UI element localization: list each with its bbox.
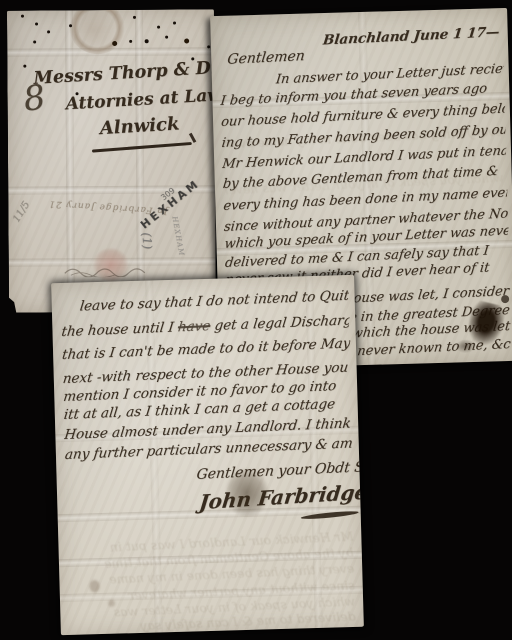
- letter-body-line: that is I can't be made to do it before …: [61, 335, 351, 363]
- struck-word: have: [177, 318, 211, 335]
- pencil-squiggle: [63, 263, 155, 278]
- address-leaf: 8 Messrs Thorp & Dickson Attornies at La…: [7, 9, 216, 312]
- address-line-title: Attornies at Law: [65, 85, 216, 114]
- letter-body-line-strike: the house until I have get a legal Disch…: [61, 312, 351, 340]
- signature: John Farbridge: [198, 480, 364, 515]
- ink-dash: [301, 510, 359, 521]
- address-line-town: Alnwick: [99, 113, 180, 139]
- edge-note: 11/5: [11, 200, 32, 225]
- pencil-mark: (1): [139, 232, 155, 250]
- strike-pre: the house until I: [61, 319, 179, 340]
- flourish-tick: [189, 133, 196, 143]
- photo-background: 8 Messrs Thorp & Dickson Attornies at La…: [0, 0, 512, 640]
- side-note: HEXHAM: [171, 216, 186, 257]
- faded-round-postmark: [66, 9, 128, 57]
- underline-flourish: [92, 142, 192, 153]
- ink-speck: [21, 15, 24, 18]
- strike-post: get a legal Discharge: [209, 312, 350, 334]
- crease: [7, 47, 214, 56]
- address-line-name: Messrs Thorp & Dickson: [33, 55, 216, 89]
- letter-page-2: leave to say that I do not intend to Qui…: [51, 275, 364, 635]
- letter-closing: Gentlemen your Obdt Svt: [196, 459, 364, 483]
- letter-body-line: leave to say that I do not intend to Qui…: [79, 288, 350, 315]
